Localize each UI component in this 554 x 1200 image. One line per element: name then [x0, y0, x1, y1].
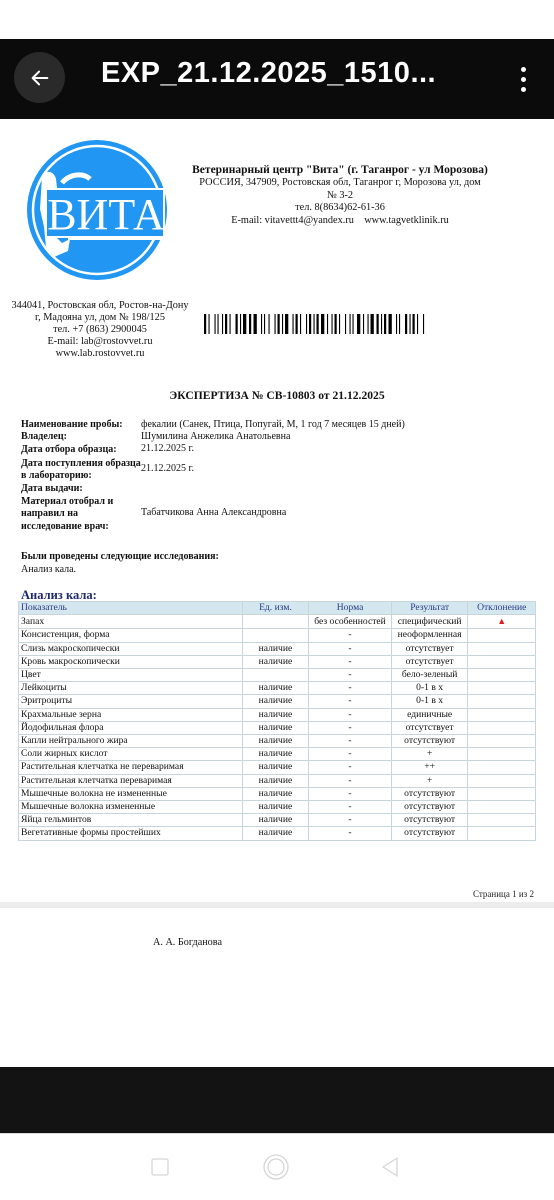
table-cell: наличие — [242, 655, 309, 668]
table-cell: наличие — [242, 735, 309, 748]
table-cell: - — [309, 708, 392, 721]
table-cell: Капли нейтрального жира — [19, 735, 243, 748]
status-bar — [0, 0, 554, 39]
table-cell: Кровь макроскопически — [19, 655, 243, 668]
table-cell: наличие — [242, 708, 309, 721]
table-cell: наличие — [242, 801, 309, 814]
table-cell: Крахмальные зерна — [19, 708, 243, 721]
vita-logo: ВИТА — [24, 139, 170, 281]
table-row: Мышечные волокна измененныеналичие-отсут… — [19, 801, 536, 814]
clinic-phone: тел. 8(8634)62-61-36 — [190, 202, 490, 215]
table-cell: - — [309, 761, 392, 774]
table-cell: Растительная клетчатка не переваримая — [19, 761, 243, 774]
detail-label: Дата поступления образца в лабораторию: — [21, 458, 141, 482]
detail-value: 21.12.2025 г. — [141, 457, 194, 482]
table-cell: Мышечные волокна измененные — [19, 801, 243, 814]
table-cell: ++ — [391, 761, 468, 774]
table-cell: единичные — [391, 708, 468, 721]
table-cell — [468, 735, 536, 748]
table-row: Консистенция, форма-неоформленная — [19, 629, 536, 642]
table-cell: наличие — [242, 827, 309, 840]
studies-heading: Были проведены следующие исследования: — [21, 551, 219, 564]
detail-value: Шумилина Анжелика Анатольевна — [141, 431, 290, 443]
more-options-button[interactable] — [508, 59, 538, 99]
page-indicator: Страница 1 из 2 — [473, 889, 534, 899]
bottom-toolbar — [0, 1067, 554, 1133]
clinic-address: РОССИЯ, 347909, Ростовская обл, Таганрог… — [190, 177, 490, 190]
detail-row: Наименование пробы:фекалии (Санек, Птица… — [21, 419, 541, 431]
lab-phone: тел. +7 (863) 2900045 — [10, 324, 190, 336]
table-cell: - — [309, 669, 392, 682]
table-cell: Яйца гельминтов — [19, 814, 243, 827]
results-table: ПоказательЕд. изм.НормаРезультатОтклонен… — [18, 601, 536, 841]
table-cell — [242, 629, 309, 642]
table-row: Кровь макроскопическиналичие-отсутствует — [19, 655, 536, 668]
table-cell — [242, 615, 309, 629]
table-cell: 0-1 в х — [391, 695, 468, 708]
table-row: Растительная клетчатка не переваримаянал… — [19, 761, 536, 774]
table-row: Слизь макроскопическиналичие-отсутствует — [19, 642, 536, 655]
detail-label: Дата выдачи: — [21, 483, 141, 495]
column-header: Ед. изм. — [242, 602, 309, 615]
table-cell: - — [309, 735, 392, 748]
table-row: Запахбез особенностейспецифический▲ — [19, 615, 536, 629]
clinic-email-web: E-mail: vitavettt4@yandex.ru www.tagvetk… — [190, 215, 490, 228]
clinic-name: Ветеринарный центр "Вита" (г. Таганрог -… — [190, 163, 490, 177]
table-row: Вегетативные формы простейшихналичие-отс… — [19, 827, 536, 840]
table-cell: Вегетативные формы простейших — [19, 827, 243, 840]
lab-info: 344041, Ростовская обл, Ростов-на-Дону г… — [10, 300, 190, 360]
table-cell: - — [309, 787, 392, 800]
system-nav-bar — [0, 1133, 554, 1200]
signer-name: А. А. Богданова — [153, 937, 222, 948]
recents-button[interactable] — [147, 1154, 173, 1180]
table-cell: - — [309, 814, 392, 827]
table-cell: - — [309, 721, 392, 734]
table-cell — [468, 669, 536, 682]
table-cell: + — [391, 774, 468, 787]
table-cell: отсутствует — [391, 655, 468, 668]
studies-performed: Были проведены следующие исследования: А… — [21, 551, 219, 576]
table-cell — [468, 814, 536, 827]
clinic-info: Ветеринарный центр "Вита" (г. Таганрог -… — [190, 163, 490, 227]
table-cell: ▲ — [468, 615, 536, 629]
column-header: Норма — [309, 602, 392, 615]
table-cell — [468, 774, 536, 787]
lab-website: www.lab.rostovvet.ru — [10, 348, 190, 360]
clinic-address-2: № 3-2 — [190, 190, 490, 203]
detail-row: Материал отобрал и направил на исследова… — [21, 495, 541, 533]
document-page-1: ВИТА Ветеринарный центр "Вита" (г. Таган… — [0, 119, 554, 902]
back-button[interactable] — [14, 52, 65, 103]
table-cell: наличие — [242, 695, 309, 708]
table-cell — [468, 801, 536, 814]
table-row: Йодофильная флораналичие-отсутствует — [19, 721, 536, 734]
table-cell: Соли жирных кислот — [19, 748, 243, 761]
table-cell: - — [309, 748, 392, 761]
detail-value: Табатчикова Анна Александровна — [141, 495, 286, 533]
table-cell: отсутствуют — [391, 735, 468, 748]
table-cell: Цвет — [19, 669, 243, 682]
detail-label: Наименование пробы: — [21, 419, 141, 431]
document-page-2: А. А. Богданова — [0, 908, 554, 1066]
table-cell — [468, 655, 536, 668]
table-cell: - — [309, 655, 392, 668]
table-cell: отсутствуют — [391, 814, 468, 827]
table-cell: Лейкоциты — [19, 682, 243, 695]
table-row: Крахмальные зернаналичие-единичные — [19, 708, 536, 721]
table-cell: наличие — [242, 721, 309, 734]
lab-address-2: г, Мадояна ул, дом № 198/125 — [10, 312, 190, 324]
lab-address: 344041, Ростовская обл, Ростов-на-Дону — [10, 300, 190, 312]
table-cell — [468, 695, 536, 708]
table-cell: наличие — [242, 748, 309, 761]
table-cell: отсутствуют — [391, 801, 468, 814]
lab-email: E-mail: lab@rostovvet.ru — [10, 336, 190, 348]
table-cell: наличие — [242, 761, 309, 774]
detail-label: Дата отбора образца: — [21, 444, 141, 456]
table-cell: неоформленная — [391, 629, 468, 642]
table-cell: Запах — [19, 615, 243, 629]
table-cell: - — [309, 827, 392, 840]
document-title: EXP_21.12.2025_1510... — [101, 57, 436, 90]
square-icon — [151, 1158, 169, 1176]
detail-value: 21.12.2025 г. — [141, 443, 194, 456]
table-cell: наличие — [242, 814, 309, 827]
table-cell: 0-1 в х — [391, 682, 468, 695]
table-cell — [468, 708, 536, 721]
table-cell: - — [309, 695, 392, 708]
table-cell: Слизь макроскопически — [19, 642, 243, 655]
table-row: Соли жирных кислотналичие-+ — [19, 748, 536, 761]
table-cell — [468, 748, 536, 761]
expertise-title: ЭКСПЕРТИЗА № СВ-10803 от 21.12.2025 — [0, 389, 554, 402]
more-vertical-icon — [521, 67, 526, 72]
circle-icon — [263, 1154, 289, 1180]
table-cell: наличие — [242, 787, 309, 800]
table-cell: - — [309, 801, 392, 814]
studies-value: Анализ кала. — [21, 564, 219, 577]
column-header: Показатель — [19, 602, 243, 615]
table-cell: наличие — [242, 774, 309, 787]
detail-row: Дата отбора образца:21.12.2025 г. — [21, 443, 541, 456]
table-cell — [468, 827, 536, 840]
barcode — [204, 314, 492, 334]
back-nav-button[interactable] — [377, 1154, 403, 1180]
detail-row: Дата выдачи: — [21, 482, 541, 495]
table-cell: отсутствует — [391, 642, 468, 655]
table-cell: - — [309, 642, 392, 655]
column-header: Отклонение — [468, 602, 536, 615]
table-cell — [468, 642, 536, 655]
table-cell: отсутствуют — [391, 827, 468, 840]
table-cell: + — [391, 748, 468, 761]
table-cell: наличие — [242, 642, 309, 655]
detail-value: фекалии (Санек, Птица, Попугай, М, 1 год… — [141, 419, 405, 431]
table-cell — [468, 629, 536, 642]
deviation-up-icon: ▲ — [497, 616, 506, 626]
table-row: Лейкоцитыналичие-0-1 в х — [19, 682, 536, 695]
table-cell — [468, 721, 536, 734]
table-row: Эритроцитыналичие-0-1 в х — [19, 695, 536, 708]
table-cell — [468, 761, 536, 774]
app-bar: EXP_21.12.2025_1510... — [0, 39, 554, 119]
sample-details: Наименование пробы:фекалии (Санек, Птица… — [21, 419, 541, 533]
table-cell: без особенностей — [309, 615, 392, 629]
table-row: Растительная клетчатка переваримаяналичи… — [19, 774, 536, 787]
table-cell — [468, 787, 536, 800]
table-cell: отсутствует — [391, 721, 468, 734]
arrow-left-icon — [29, 67, 51, 89]
table-cell: - — [309, 629, 392, 642]
table-row: Яйца гельминтовналичие-отсутствуют — [19, 814, 536, 827]
home-button[interactable] — [263, 1154, 289, 1180]
table-cell: отсутствуют — [391, 787, 468, 800]
table-cell: Консистенция, форма — [19, 629, 243, 642]
table-row: Капли нейтрального жираналичие-отсутству… — [19, 735, 536, 748]
svg-text:ВИТА: ВИТА — [47, 190, 165, 239]
detail-row: Дата поступления образца в лабораторию:2… — [21, 457, 541, 482]
triangle-back-icon — [380, 1156, 400, 1178]
table-cell: наличие — [242, 682, 309, 695]
table-cell — [468, 682, 536, 695]
table-cell: Мышечные волокна не измененные — [19, 787, 243, 800]
table-cell: Йодофильная флора — [19, 721, 243, 734]
detail-row: Владелец:Шумилина Анжелика Анатольевна — [21, 431, 541, 443]
detail-label: Владелец: — [21, 431, 141, 443]
table-cell — [242, 669, 309, 682]
column-header: Результат — [391, 602, 468, 615]
table-cell: специфический — [391, 615, 468, 629]
table-row: Мышечные волокна не измененныеналичие-от… — [19, 787, 536, 800]
table-cell: Эритроциты — [19, 695, 243, 708]
table-cell: бело-зеленый — [391, 669, 468, 682]
table-row: Цвет-бело-зеленый — [19, 669, 536, 682]
table-cell: - — [309, 682, 392, 695]
detail-label: Материал отобрал и направил на исследова… — [21, 496, 141, 533]
table-cell: - — [309, 774, 392, 787]
table-cell: Растительная клетчатка переваримая — [19, 774, 243, 787]
